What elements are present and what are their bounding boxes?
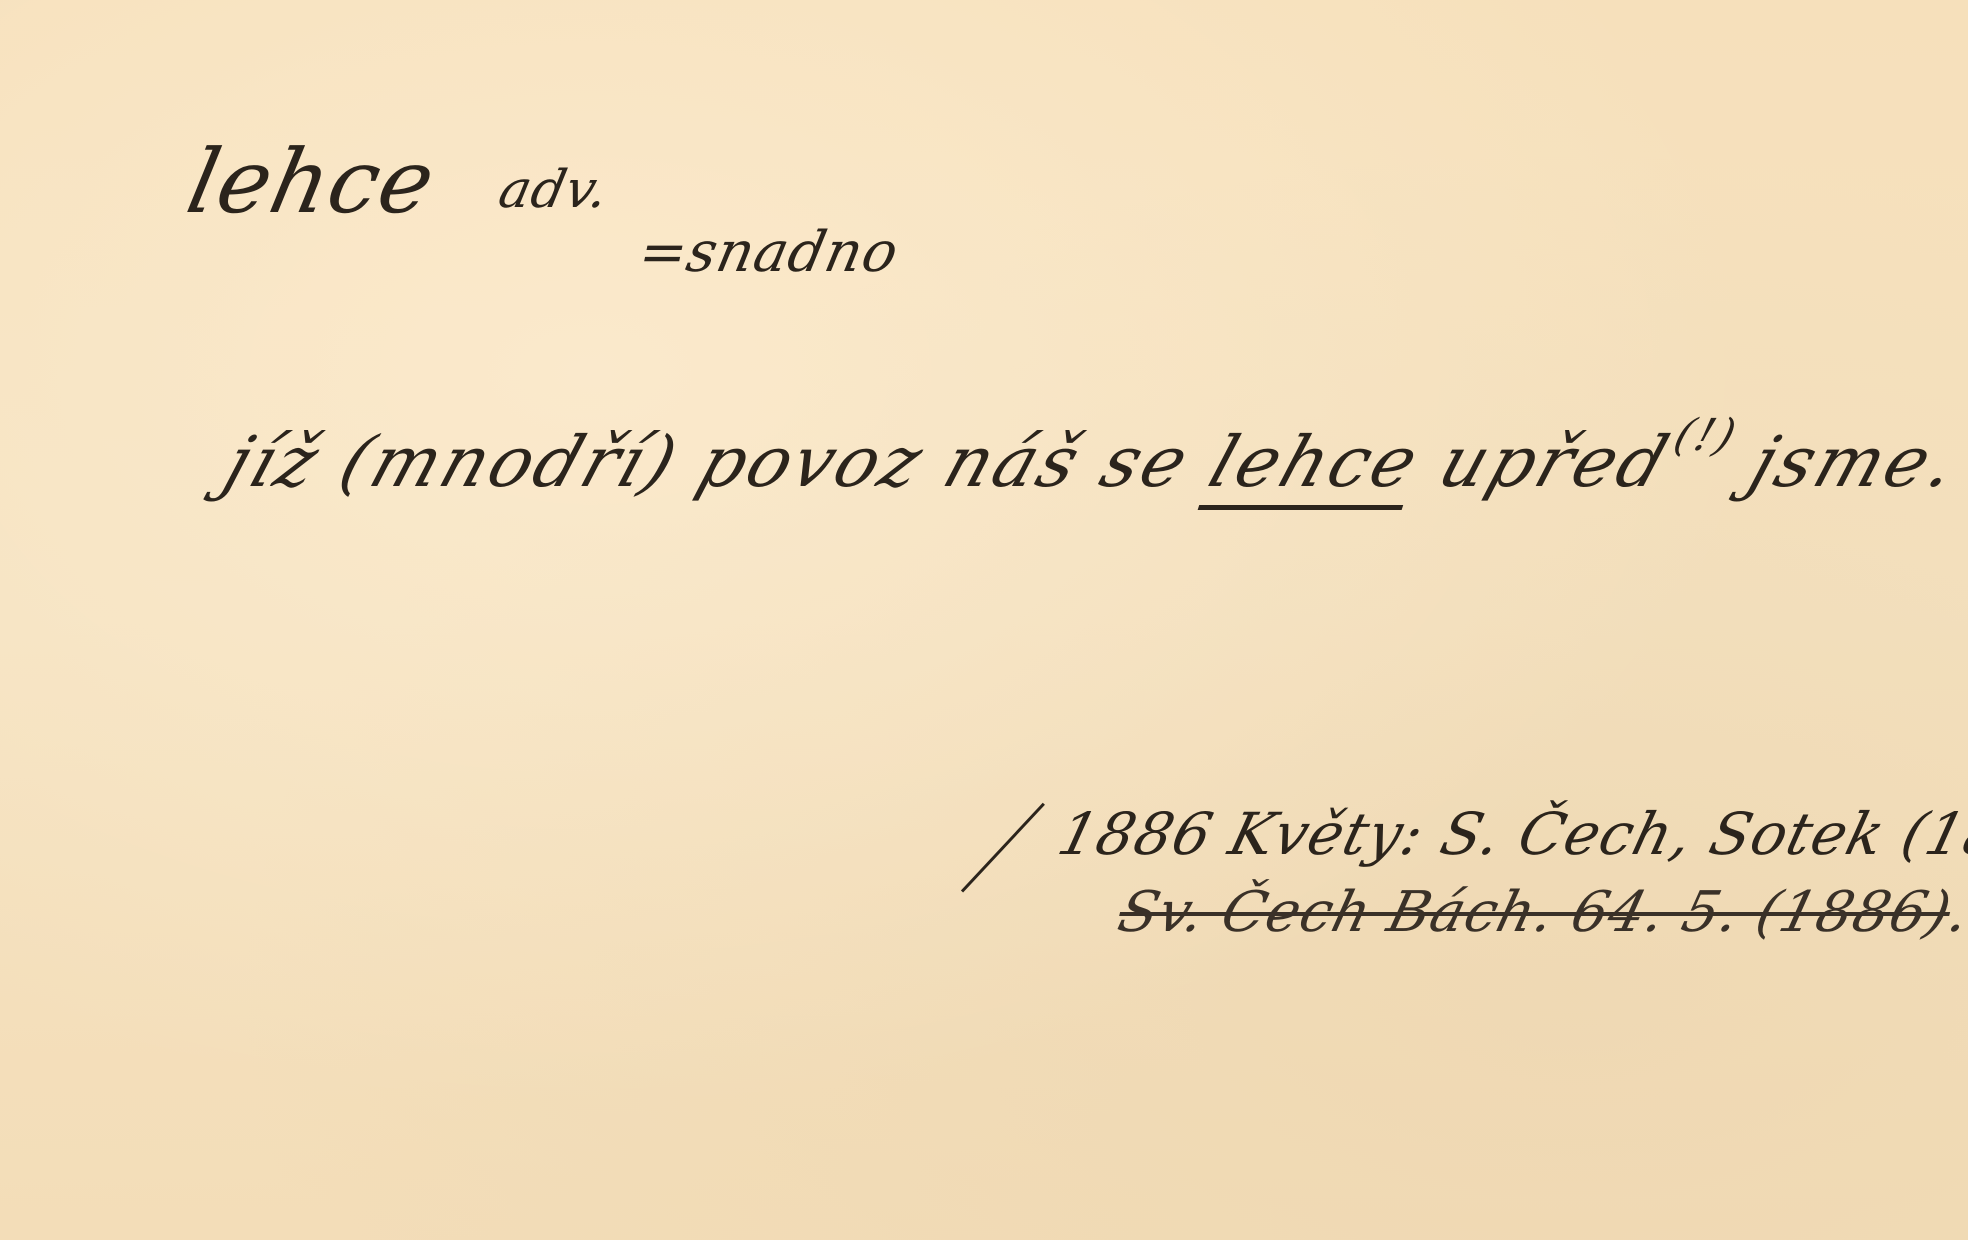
example-underlined-word: lehce xyxy=(1197,421,1430,510)
part-of-speech: adv. xyxy=(494,160,615,220)
source-citation: 1886 Květy: S. Čech, Sotek (1899 Sp. 4. … xyxy=(1052,800,1968,868)
example-text-end: jsme. xyxy=(1715,421,1968,503)
struck-citation-text: Sv. Čech Bách. 64. 5. (1886) xyxy=(1112,880,1958,945)
index-card: lehce adv. =snadno jíž (mnodří) povoz ná… xyxy=(0,0,1968,1240)
struck-citation: Sv. Čech Bách. 64. 5. (1886). xyxy=(1112,880,1968,945)
example-sentence: jíž (mnodří) povoz náš se lehce upřed(!)… xyxy=(215,410,1968,503)
gloss: =snadno xyxy=(633,220,905,285)
headword: lehce xyxy=(179,130,444,233)
citation-slash-mark xyxy=(961,803,1045,893)
example-text-before: jíž (mnodří) povoz náš se xyxy=(215,421,1226,503)
example-text-after: upřed xyxy=(1404,421,1680,503)
